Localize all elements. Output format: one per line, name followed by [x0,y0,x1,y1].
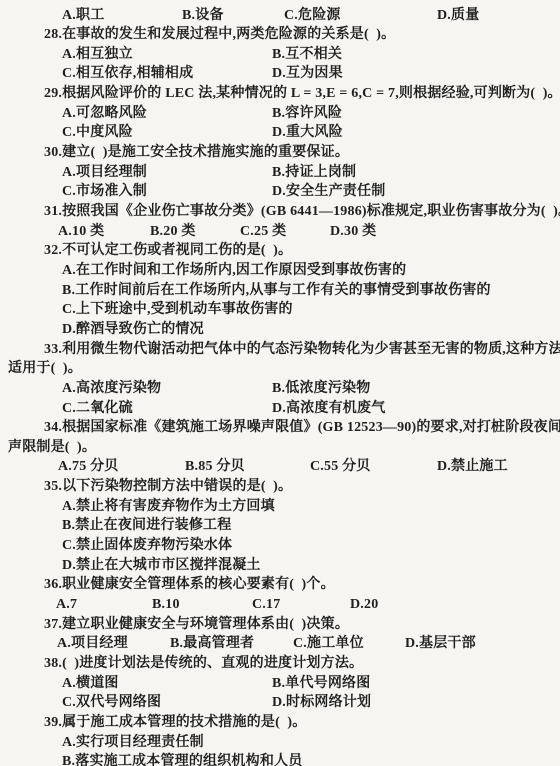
question-line: 38.( )进度计划法是传统的、直观的进度计划方法。 [0,654,560,674]
option-text: D.醉酒导致伤亡的情况 [62,320,204,340]
option-text: C.上下班途中,受到机动车事故伤害的 [62,300,293,320]
option-cell: C.二氧化硫 [62,399,133,419]
option-row: A.可忽略风险B.容许风险 [0,104,560,124]
option-line: B.禁止在夜间进行装修工程 [0,516,560,536]
option-text: B.落实施工成本管理的组织机构和人员 [62,752,302,766]
question-text: 31.按照我国《企业伤亡事故分类》(GB 6441—1986)标准规定,职业伤害… [44,202,560,222]
option-cell: A.职工 [62,6,104,26]
option-text: A.实行项目经理责任制 [62,733,204,753]
question-text: 32.不可认定工伤或者视同工伤的是( )。 [44,241,292,261]
option-cell: D.基层干部 [405,634,476,654]
question-text: 38.( )进度计划法是传统的、直观的进度计划方法。 [44,654,363,674]
option-cell: C.双代号网络图 [62,693,161,713]
question-line: 34.根据国家标准《建筑施工场界噪声限值》(GB 12523—90)的要求,对打… [0,418,560,438]
question-text: 28.在事故的发生和发展过程中,两类危险源的关系是( )。 [44,25,395,45]
option-cell: A.项目经理制 [62,163,147,183]
option-row: A.项目经理制B.持证上岗制 [0,163,560,183]
option-cell: B.单代号网络图 [272,674,370,694]
option-row: A.职工B.设备C.危险源D.质量 [0,6,560,26]
question-text: 36.职业健康安全管理体系的核心要素有( )个。 [44,575,335,595]
question-line: 39.属于施工成本管理的技术措施的是( )。 [0,713,560,733]
option-cell: A.75 分贝 [58,457,119,477]
option-cell: A.横道图 [62,674,119,694]
option-cell: D.30 类 [330,222,376,242]
option-text: B.禁止在夜间进行装修工程 [62,516,231,536]
option-cell: B.低浓度污染物 [272,379,370,399]
option-row: A.横道图B.单代号网络图 [0,674,560,694]
option-line: D.禁止在大城市市区搅拌混凝土 [0,556,560,576]
question-line: 30.建立( )是施工安全技术措施实施的重要保证。 [0,143,560,163]
option-cell: B.互不相关 [272,45,342,65]
option-row: A.项目经理B.最高管理者C.施工单位D.基层干部 [0,634,560,654]
option-line: A.实行项目经理责任制 [0,733,560,753]
option-row: C.中度风险D.重大风险 [0,123,560,143]
option-row: A.10 类B.20 类C.25 类D.30 类 [0,222,560,242]
option-cell: D.安全生产责任制 [272,182,385,202]
option-line: B.工作时间前后在工作场所内,从事与工作有关的事情受到事故伤害的 [0,281,560,301]
option-cell: C.施工单位 [293,634,364,654]
option-cell: C.市场准入制 [62,182,147,202]
option-cell: D.互为因果 [272,64,343,84]
option-cell: B.最高管理者 [170,634,254,654]
option-cell: A.10 类 [58,222,104,242]
option-row: A.75 分贝B.85 分贝C.55 分贝D.禁止施工 [0,457,560,477]
option-text: C.禁止固体废弃物污染水体 [62,536,232,556]
question-line: 29.根据风险评价的 LEC 法,某种情况的 L = 3,E = 6,C = 7… [0,84,560,104]
option-line: C.禁止固体废弃物污染水体 [0,536,560,556]
question-text: 39.属于施工成本管理的技术措施的是( )。 [44,713,306,733]
option-cell: C.17 [252,595,280,615]
option-cell: D.20 [350,595,378,615]
option-cell: C.危险源 [284,6,341,26]
option-cell: A.项目经理 [57,634,128,654]
option-text: A.禁止将有害废弃物作为土方回填 [62,497,275,517]
exam-document-page: A.职工B.设备C.危险源D.质量28.在事故的发生和发展过程中,两类危险源的关… [0,0,560,766]
option-cell: C.中度风险 [62,123,133,143]
option-cell: C.25 类 [240,222,286,242]
option-text: D.禁止在大城市市区搅拌混凝土 [62,556,261,576]
question-continuation-line: 适用于( )。 [0,359,560,379]
question-text: 33.利用微生物代谢活动把气体中的气态污染物转化为少害甚至无害的物质,这种方法只 [44,340,560,360]
option-cell: C.55 分贝 [310,457,371,477]
option-cell: B.设备 [182,6,224,26]
question-line: 32.不可认定工伤或者视同工伤的是( )。 [0,241,560,261]
option-cell: B.20 类 [150,222,196,242]
question-line: 33.利用微生物代谢活动把气体中的气态污染物转化为少害甚至无害的物质,这种方法只 [0,340,560,360]
option-row: C.市场准入制D.安全生产责任制 [0,182,560,202]
option-line: A.禁止将有害废弃物作为土方回填 [0,497,560,517]
option-cell: D.重大风险 [272,123,343,143]
option-cell: D.质量 [437,6,479,26]
option-text: B.工作时间前后在工作场所内,从事与工作有关的事情受到事故伤害的 [62,281,491,301]
option-row: A.相互独立B.互不相关 [0,45,560,65]
option-line: A.在工作时间和工作场所内,因工作原因受到事故伤害的 [0,261,560,281]
option-cell: B.10 [152,595,180,615]
option-row: C.双代号网络图D.时标网络计划 [0,693,560,713]
question-line: 36.职业健康安全管理体系的核心要素有( )个。 [0,575,560,595]
option-cell: B.85 分贝 [185,457,245,477]
option-line: D.醉酒导致伤亡的情况 [0,320,560,340]
question-text-continued: 声限制是( )。 [8,438,96,458]
question-line: 31.按照我国《企业伤亡事故分类》(GB 6441—1986)标准规定,职业伤害… [0,202,560,222]
question-text: 30.建立( )是施工安全技术措施实施的重要保证。 [44,143,349,163]
option-cell: B.持证上岗制 [272,163,356,183]
option-cell: D.高浓度有机废气 [272,399,385,419]
question-line: 37.建立职业健康安全与环境管理体系由( )决策。 [0,615,560,635]
question-text: 35.以下污染物控制方法中错误的是( )。 [44,477,292,497]
option-line: B.落实施工成本管理的组织机构和人员 [0,752,560,766]
option-row: C.二氧化硫D.高浓度有机废气 [0,399,560,419]
option-cell: A.高浓度污染物 [62,379,161,399]
question-text-continued: 适用于( )。 [8,359,82,379]
option-row: A.7B.10C.17D.20 [0,595,560,615]
option-cell: A.7 [56,595,77,615]
question-line: 35.以下污染物控制方法中错误的是( )。 [0,477,560,497]
question-text: 34.根据国家标准《建筑施工场界噪声限值》(GB 12523—90)的要求,对打… [44,418,560,438]
question-text: 37.建立职业健康安全与环境管理体系由( )决策。 [44,615,349,635]
option-cell: A.相互独立 [62,45,133,65]
question-text: 29.根据风险评价的 LEC 法,某种情况的 L = 3,E = 6,C = 7… [44,84,560,104]
option-cell: C.相互依存,相辅相成 [62,64,193,84]
option-cell: D.禁止施工 [437,457,508,477]
option-cell: B.容许风险 [272,104,342,124]
question-continuation-line: 声限制是( )。 [0,438,560,458]
option-row: C.相互依存,相辅相成D.互为因果 [0,64,560,84]
option-cell: D.时标网络计划 [272,693,371,713]
option-cell: A.可忽略风险 [62,104,147,124]
question-line: 28.在事故的发生和发展过程中,两类危险源的关系是( )。 [0,25,560,45]
option-line: C.上下班途中,受到机动车事故伤害的 [0,300,560,320]
option-row: A.高浓度污染物B.低浓度污染物 [0,379,560,399]
option-text: A.在工作时间和工作场所内,因工作原因受到事故伤害的 [62,261,406,281]
